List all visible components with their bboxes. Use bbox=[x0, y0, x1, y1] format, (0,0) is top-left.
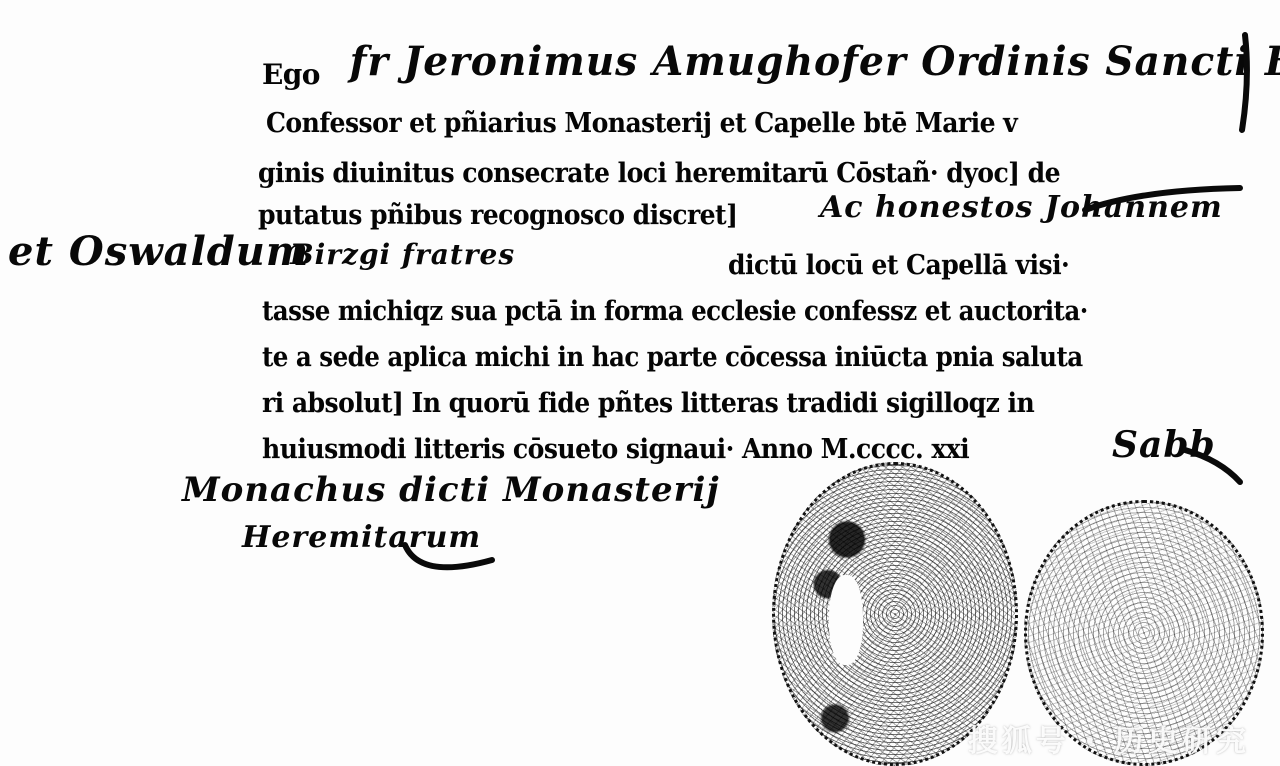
printed-line-8: ri absolut] In quorū fide pñtes litteras… bbox=[262, 388, 1034, 419]
handwritten-margin-fratres: Birzgi fratres bbox=[290, 238, 515, 271]
printed-line-5: dictū locū et Capellā visi· bbox=[728, 250, 1069, 281]
printed-line-1: Ego bbox=[262, 58, 320, 91]
seal-hole bbox=[829, 575, 863, 665]
printed-line-7: te a sede aplica michi in hac parte cōce… bbox=[262, 342, 1083, 373]
printed-line-3: ginis diuinitus consecrate loci heremita… bbox=[258, 158, 1060, 189]
watermark-text: 搜狐号 · 历史研究 bbox=[968, 716, 1250, 760]
printed-line-4: putatus pñibus recognosco discret] bbox=[258, 200, 737, 231]
flourish-date-tail-icon bbox=[1180, 440, 1250, 490]
printed-line-6: tasse michiqz sua pctā in forma ecclesie… bbox=[262, 296, 1088, 327]
handwritten-signature-line-1: Monachus dicti Monasterij bbox=[182, 470, 720, 510]
printed-line-9: huiusmodi litteris cōsueto signaui· Anno… bbox=[262, 434, 969, 465]
flourish-signature-tail-icon bbox=[400, 540, 500, 585]
flourish-stroke-icon bbox=[1080, 180, 1250, 220]
flourish-descender-icon bbox=[1220, 30, 1260, 140]
document-page: Ego fr Jeronimus Amughofer Ordinis Sanct… bbox=[0, 0, 1280, 766]
handwritten-margin-name: et Oswaldum bbox=[8, 228, 309, 275]
printed-line-2: Confessor et pñiarius Monasterij et Cape… bbox=[266, 108, 1017, 139]
handwritten-name-insert: fr Jeronimus Amughofer Ordinis Sancti Be… bbox=[350, 38, 1280, 85]
